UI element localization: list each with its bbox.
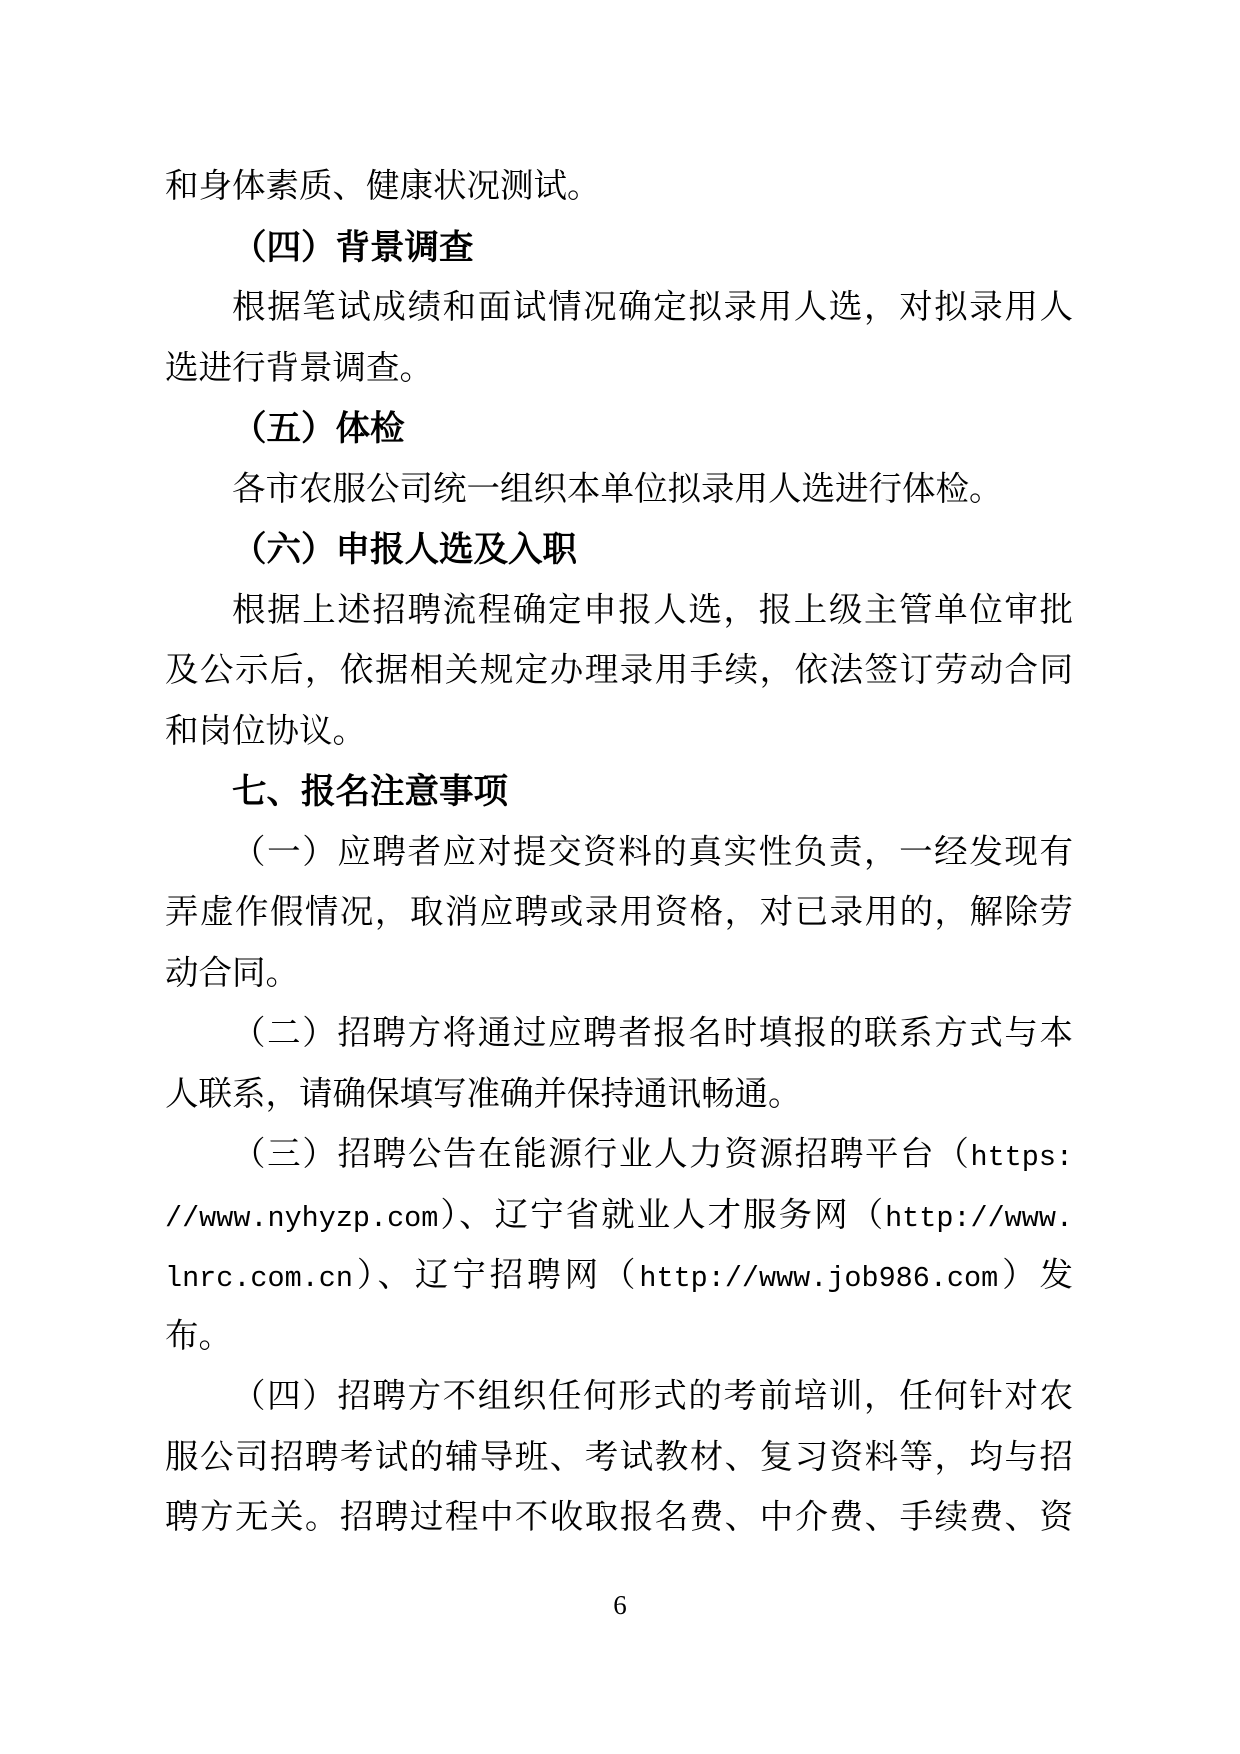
body-line: 聘方无关。招聘过程中不收取报名费、中介费、手续费、资	[165, 1488, 1073, 1549]
cjk-text: （六）申报人选及入职	[232, 531, 577, 569]
latin-text: lnrc.com.cn	[165, 1262, 353, 1295]
cjk-text: 选进行背景调查。	[165, 350, 433, 387]
cjk-text: 根据上述招聘流程确定申报人选，报上级主管单位审批	[232, 592, 1073, 629]
body-line: 及公示后，依据相关规定办理录用手续，依法签订劳动合同	[165, 641, 1073, 702]
cjk-text: 和岗位协议。	[165, 713, 366, 750]
cjk-text: 各市农服公司统一组织本单位拟录用人选进行体检。	[232, 471, 1003, 508]
body-line: lnrc.com.cn）、辽宁招聘网（http://www.job986.com…	[165, 1246, 1073, 1307]
body-line: 和身体素质、健康状况测试。	[165, 157, 1073, 218]
cjk-text: ）、辽宁省就业人才服务网（	[438, 1197, 885, 1234]
cjk-text: 根据笔试成绩和面试情况确定拟录用人选，对拟录用人	[232, 289, 1073, 326]
cjk-text: 七、报名注意事项	[232, 773, 508, 811]
body-line: 根据笔试成绩和面试情况确定拟录用人选，对拟录用人	[165, 278, 1073, 339]
cjk-text: （四）背景调查	[232, 229, 474, 267]
body-line: （一）应聘者应对提交资料的真实性负责，一经发现有	[165, 823, 1073, 884]
heading-line: （五）体检	[165, 399, 1073, 460]
body-line: 各市农服公司统一组织本单位拟录用人选进行体检。	[165, 460, 1073, 521]
heading-line: （四）背景调查	[165, 218, 1073, 279]
text-block: 和身体素质、健康状况测试。（四）背景调查根据笔试成绩和面试情况确定拟录用人选，对…	[165, 157, 1073, 1549]
cjk-text: （二）招聘方将通过应聘者报名时填报的联系方式与本	[232, 1015, 1073, 1052]
body-line: 根据上述招聘流程确定申报人选，报上级主管单位审批	[165, 581, 1073, 642]
body-line: //www.nyhyzp.com）、辽宁省就业人才服务网（http://www.	[165, 1186, 1073, 1247]
cjk-text: （五）体检	[232, 410, 405, 448]
cjk-text: （三）招聘公告在能源行业人力资源招聘平台（	[232, 1136, 970, 1173]
cjk-text: 和身体素质、健康状况测试。	[165, 168, 601, 205]
body-line: 动合同。	[165, 944, 1073, 1005]
cjk-text: 布。	[165, 1318, 232, 1355]
cjk-text: 动合同。	[165, 955, 299, 992]
heading-line: 七、报名注意事项	[165, 762, 1073, 823]
body-line: （四）招聘方不组织任何形式的考前培训，任何针对农	[165, 1367, 1073, 1428]
body-line: 布。	[165, 1307, 1073, 1368]
page-number: 6	[0, 1578, 1240, 1632]
body-line: 选进行背景调查。	[165, 339, 1073, 400]
body-line: 人联系，请确保填写准确并保持通讯畅通。	[165, 1065, 1073, 1126]
body-line: 弄虚作假情况，取消应聘或录用资格，对已录用的，解除劳	[165, 883, 1073, 944]
latin-text: //www.nyhyzp.com	[165, 1202, 438, 1235]
cjk-text: （四）招聘方不组织任何形式的考前培训，任何针对农	[232, 1378, 1073, 1415]
latin-text: https:	[970, 1141, 1073, 1174]
heading-line: （六）申报人选及入职	[165, 520, 1073, 581]
latin-text: http://www.	[885, 1202, 1073, 1235]
latin-text: http://www.job986.com	[639, 1262, 998, 1295]
cjk-text: （一）应聘者应对提交资料的真实性负责，一经发现有	[232, 834, 1073, 871]
body-line: 和岗位协议。	[165, 702, 1073, 763]
cjk-text: ）发	[998, 1257, 1073, 1294]
cjk-text: 服公司招聘考试的辅导班、考试教材、复习资料等，均与招	[165, 1439, 1073, 1476]
cjk-text: ）、辽宁招聘网（	[353, 1257, 639, 1294]
cjk-text: 弄虚作假情况，取消应聘或录用资格，对已录用的，解除劳	[165, 894, 1073, 931]
cjk-text: 人联系，请确保填写准确并保持通讯畅通。	[165, 1076, 802, 1113]
document-page: 和身体素质、健康状况测试。（四）背景调查根据笔试成绩和面试情况确定拟录用人选，对…	[0, 0, 1240, 1754]
body-line: （三）招聘公告在能源行业人力资源招聘平台（https:	[165, 1125, 1073, 1186]
cjk-text: 聘方无关。招聘过程中不收取报名费、中介费、手续费、资	[165, 1499, 1073, 1536]
body-line: 服公司招聘考试的辅导班、考试教材、复习资料等，均与招	[165, 1428, 1073, 1489]
body-line: （二）招聘方将通过应聘者报名时填报的联系方式与本	[165, 1004, 1073, 1065]
cjk-text: 及公示后，依据相关规定办理录用手续，依法签订劳动合同	[165, 652, 1073, 689]
